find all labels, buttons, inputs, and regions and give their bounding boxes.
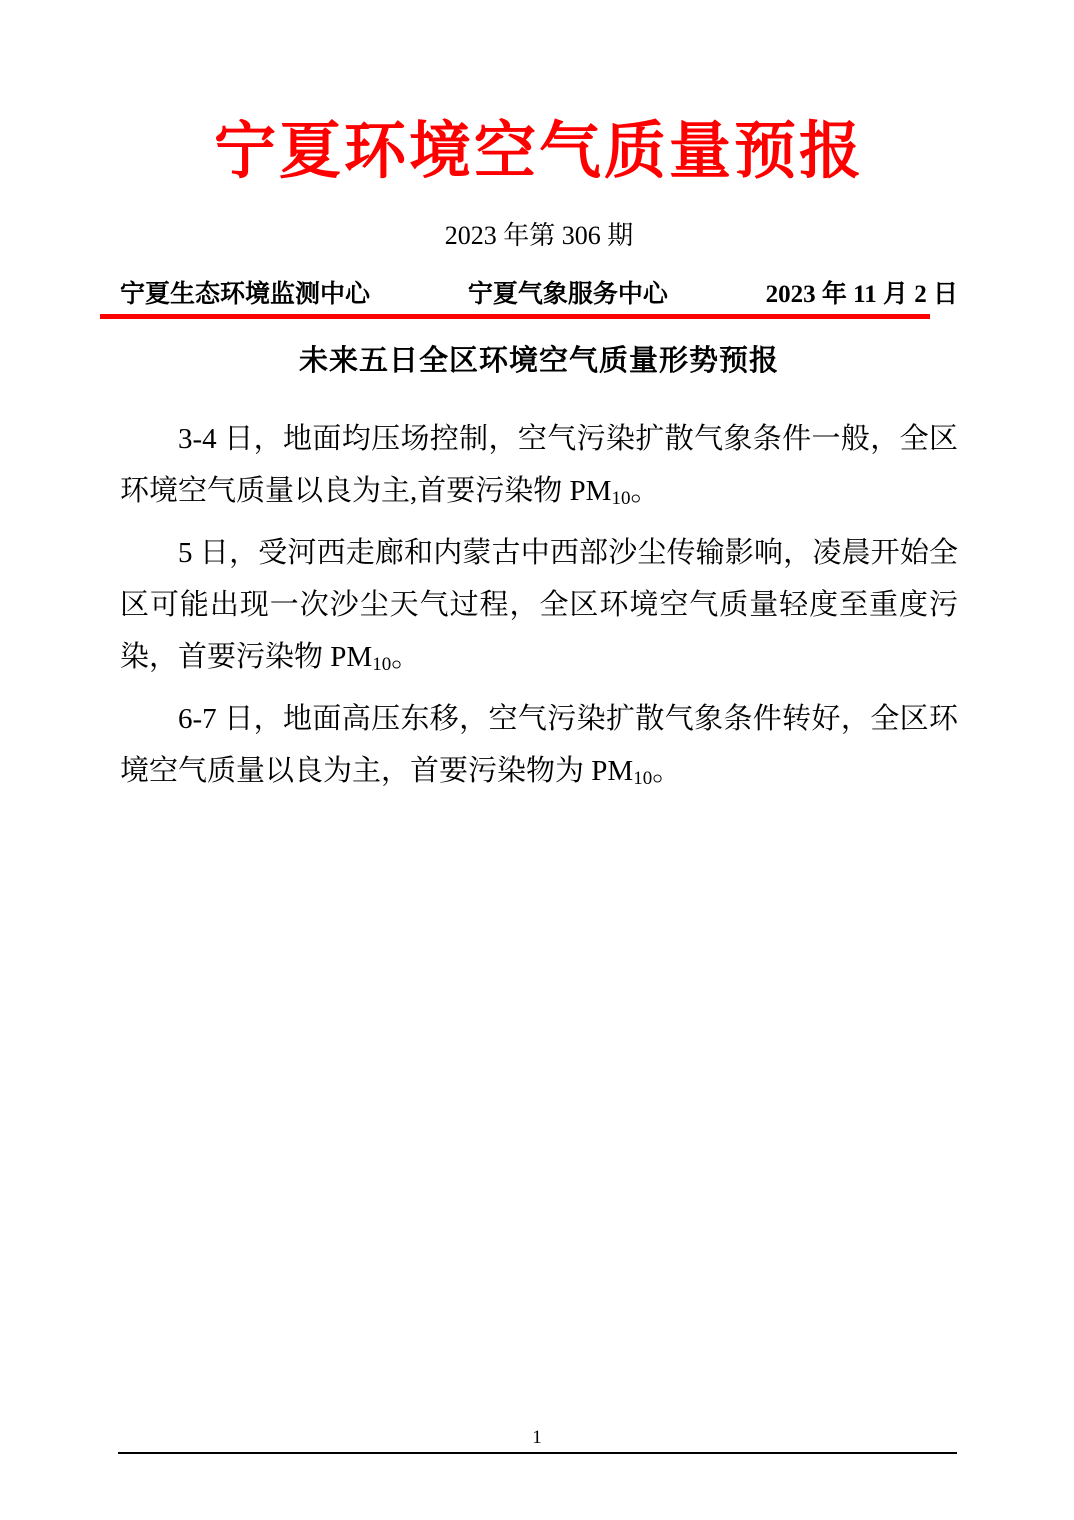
forecast-body: 3-4 日，地面均压场控制，空气污染扩散气象条件一般，全区环境空气质量以良为主,… xyxy=(120,413,958,797)
paragraph-tail: 。 xyxy=(391,641,420,673)
publish-date: 2023 年 11 月 2 日 xyxy=(766,278,958,312)
publisher-left-org: 宁夏生态环境监测中心 xyxy=(120,278,370,312)
document-content: 宁夏环境空气质量预报 2023 年第 306 期 宁夏生态环境监测中心 宁夏气象… xyxy=(120,0,958,797)
issue-number-line: 2023 年第 306 期 xyxy=(120,218,958,254)
header-red-rule xyxy=(100,314,930,319)
pollutant-label: PM xyxy=(570,475,612,507)
pollutant-subscript: 10 xyxy=(633,768,652,789)
footer-page-number: 1 xyxy=(0,1426,1074,1450)
section-heading: 未来五日全区环境空气质量形势预报 xyxy=(120,341,958,381)
forecast-paragraph: 6-7 日，地面高压东移，空气污染扩散气象条件转好，全区环境空气质量以良为主，首… xyxy=(120,693,958,797)
forecast-paragraph: 5 日，受河西走廊和内蒙古中西部沙尘传输影响，凌晨开始全区可能出现一次沙尘天气过… xyxy=(120,527,958,683)
pollutant-label: PM xyxy=(330,641,372,673)
footer-rule xyxy=(118,1452,957,1454)
document-page: 宁夏环境空气质量预报 2023 年第 306 期 宁夏生态环境监测中心 宁夏气象… xyxy=(0,0,1074,1520)
publisher-info-row: 宁夏生态环境监测中心 宁夏气象服务中心 2023 年 11 月 2 日 xyxy=(120,278,958,312)
paragraph-text: 5 日，受河西走廊和内蒙古中西部沙尘传输影响，凌晨开始全区可能出现一次沙尘天气过… xyxy=(120,537,958,673)
forecast-paragraph: 3-4 日，地面均压场控制，空气污染扩散气象条件一般，全区环境空气质量以良为主,… xyxy=(120,413,958,517)
publisher-center-org: 宁夏气象服务中心 xyxy=(468,278,668,312)
pollutant-label: PM xyxy=(591,755,633,787)
pollutant-subscript: 10 xyxy=(611,488,630,509)
paragraph-text: 6-7 日，地面高压东移，空气污染扩散气象条件转好，全区环境空气质量以良为主，首… xyxy=(120,703,958,787)
pollutant-subscript: 10 xyxy=(372,654,391,675)
document-title: 宁夏环境空气质量预报 xyxy=(120,112,958,192)
paragraph-tail: 。 xyxy=(652,755,681,787)
paragraph-tail: 。 xyxy=(630,475,659,507)
paragraph-text: 3-4 日，地面均压场控制，空气污染扩散气象条件一般，全区环境空气质量以良为主,… xyxy=(120,423,958,507)
